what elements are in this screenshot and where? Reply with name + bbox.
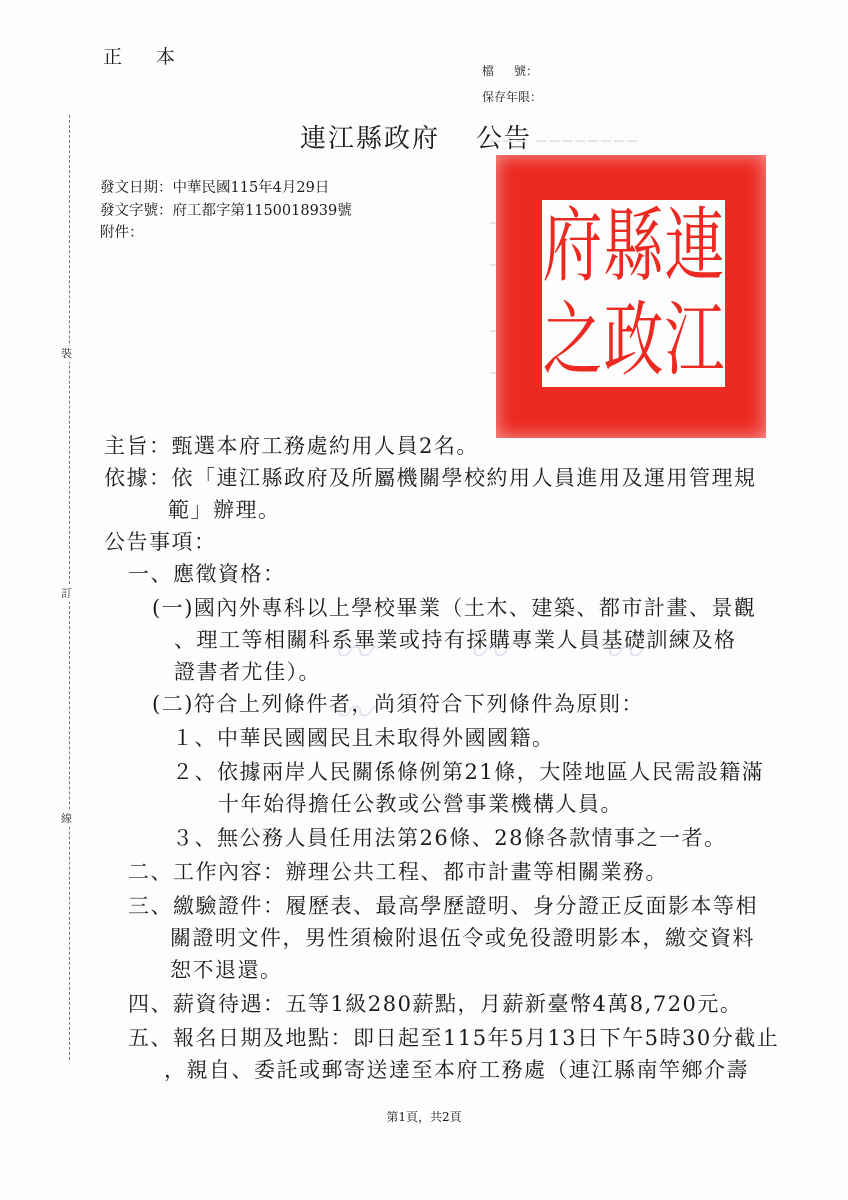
section-2: 二、工作內容：辦理公共工程、都市計畫等相關業務。 [128,856,668,886]
retention-period-field: 保存年限： [482,88,542,105]
section-5-line-2: ，親自、委託或郵寄送達至本府工務處（連江縣南竿鄉介壽 [164,1054,749,1084]
basis-line-1: 依據：依「連江縣政府及所屬機關學校約用人員進用及運用管理規 [104,462,757,492]
binding-label-staple: 訂 [61,586,72,602]
archive-number-label-2: 號： [514,64,538,78]
archive-number-label-1: 檔 [482,64,514,78]
section-1-b-item-3: ３、無公務人員任用法第26條、28條各款情事之一者。 [172,822,726,852]
seal-inscription: 府 縣 連 之 政 江 [542,200,725,387]
document-number: 發文字號：府工都字第1150018939號 [100,199,352,220]
seal-char: 政 [603,277,664,403]
items-heading: 公告事項： [104,526,217,556]
binding-label-bind: 裝 [61,346,72,362]
agency-name: 連江縣政府 [300,124,440,154]
bleed-through-text: ▁▁▁ ▁▁▁▁▁▁▁▁ [490,128,640,143]
basis-line-2: 範」辦理。 [168,494,281,524]
attachments: 附件： [100,221,144,242]
archive-number-field: 檔號： [482,62,538,79]
section-1-b: (二)符合上列條件者，尚須符合下列條件為原則： [152,688,644,718]
section-1-heading: 一、應徵資格： [128,558,286,588]
subject: 主旨：甄選本府工務處約用人員2名。 [104,430,479,460]
page-indicator: 第1頁，共2頁 [0,1108,848,1125]
issue-date: 發文日期：中華民國115年4月29日 [100,176,329,197]
section-1-b-item-2-line-2: 十年始得擔任公教或公營事業機構人員。 [218,788,623,818]
section-1-a-line-2: 、理工等相關科系畢業或持有採購專業人員基礎訓練及格 [174,624,737,654]
seal-char: 江 [664,277,725,403]
section-1-b-item-2-line-1: ２、依據兩岸人民關係條例第21條，大陸地區人民需設籍滿 [172,756,764,786]
section-4: 四、薪資待遇：五等1級280薪點，月薪新臺幣4萬8,720元。 [128,988,742,1018]
section-3-line-1: 三、繳驗證件：履歷表、最高學歷證明、身分證正反面影本等相 [128,890,758,920]
section-1-a-line-3: 證書者尤佳）。 [174,656,321,686]
binding-label-line: 線 [61,811,72,827]
section-3-line-2: 關證明文件，男性須檢附退伍令或免役證明影本，繳交資料 [170,922,755,952]
section-3-line-3: 恕不退還。 [170,954,283,984]
seal-char: 之 [542,277,603,403]
section-5-line-1: 五、報名日期及地點：即日起至115年5月13日下午5時30分截止 [128,1022,779,1052]
copy-mark: 正 本 [103,42,189,69]
section-1-a-line-1: (一)國內外專科以上學校畢業（土木、建築、都市計畫、景觀 [152,592,756,622]
official-seal: 府 縣 連 之 政 江 [496,155,766,438]
section-1-b-item-1: １、中華民國國民且未取得外國國籍。 [172,722,555,752]
